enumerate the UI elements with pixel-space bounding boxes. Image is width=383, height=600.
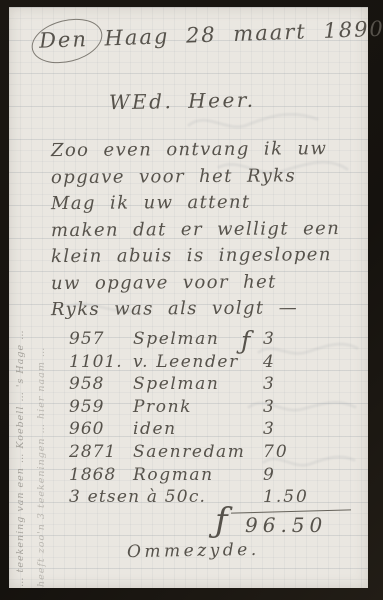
ledger-row: 959 Pronk 3 [69, 397, 359, 420]
margin-annotation: … teekening van een … Koebell … 's Hage … [10, 93, 54, 587]
item-name: Spelman [133, 374, 263, 397]
item-number: 959 [69, 397, 133, 420]
ledger-row: 1101. v. Leender 4 [69, 352, 359, 375]
item-number: 957 [69, 329, 133, 352]
margin-note-line: … teekening van een … Koebell … 's Hage … [10, 93, 31, 587]
body-line: opgave voor het Ryks [51, 162, 361, 191]
item-amount: 4 [263, 352, 333, 375]
ledger: 957 Spelman ƒ 3 1101. v. Leender 4 958 S… [69, 329, 359, 541]
photo-backdrop: … teekening van een … Koebell … 's Hage … [0, 0, 383, 600]
item-name: Rogman [133, 465, 263, 488]
footer-note: Ommezyde. [127, 540, 260, 562]
item-amount: 3 [263, 419, 333, 442]
body-line: klein abuis is ingeslopen [51, 242, 361, 271]
item-name: iden [133, 419, 263, 442]
total-guilder-sign: ƒ [215, 501, 228, 541]
ledger-total-row: ƒ 96.50 [69, 511, 359, 541]
extra-label: 3 etsen à 50c. [69, 487, 263, 510]
ledger-row: 957 Spelman ƒ 3 [69, 329, 359, 352]
ledger-row: 1868 Rogman 9 [69, 465, 359, 488]
ledger-extra-row: 3 etsen à 50c. 1.50 [69, 487, 359, 510]
item-number: 958 [69, 374, 133, 397]
margin-note-line: heeft zoo'n 3 teekeningen … hier naam … [31, 93, 52, 587]
item-name: v. Leender [133, 352, 263, 375]
item-amount: 70 [263, 442, 333, 465]
item-number: 2871 [69, 442, 133, 465]
item-number: 1868 [69, 465, 133, 488]
item-amount: 3 [263, 397, 333, 420]
ledger-row: 2871 Saenredam 70 [69, 442, 359, 465]
item-number: 960 [69, 419, 133, 442]
letter-paper: … teekening van een … Koebell … 's Hage … [9, 7, 368, 588]
item-amount: 9 [263, 465, 333, 488]
item-amount: 3 [263, 329, 333, 352]
body-paragraph: Zoo even ontvang ik uw opgave voor het R… [51, 137, 361, 323]
ledger-row: 958 Spelman 3 [69, 374, 359, 397]
body-line: Mag ik uw attent [51, 189, 361, 218]
body-line: uw opgave voor het [51, 268, 361, 297]
body-line: Zoo even ontvang ik uw [51, 136, 361, 165]
extra-amount: 1.50 [263, 487, 333, 510]
item-amount: 3 [263, 374, 333, 397]
ledger-row: 960 iden 3 [69, 419, 359, 442]
body-line: maken dat er welligt een [51, 215, 361, 244]
item-name: Pronk [133, 397, 263, 420]
body-line: Ryks was als volgt — [51, 295, 361, 324]
salutation: WEd. Heer. [109, 88, 256, 115]
item-number: 1101. [69, 352, 133, 375]
total-amount: 96.50 [245, 513, 327, 537]
item-name: Saenredam [133, 442, 263, 465]
